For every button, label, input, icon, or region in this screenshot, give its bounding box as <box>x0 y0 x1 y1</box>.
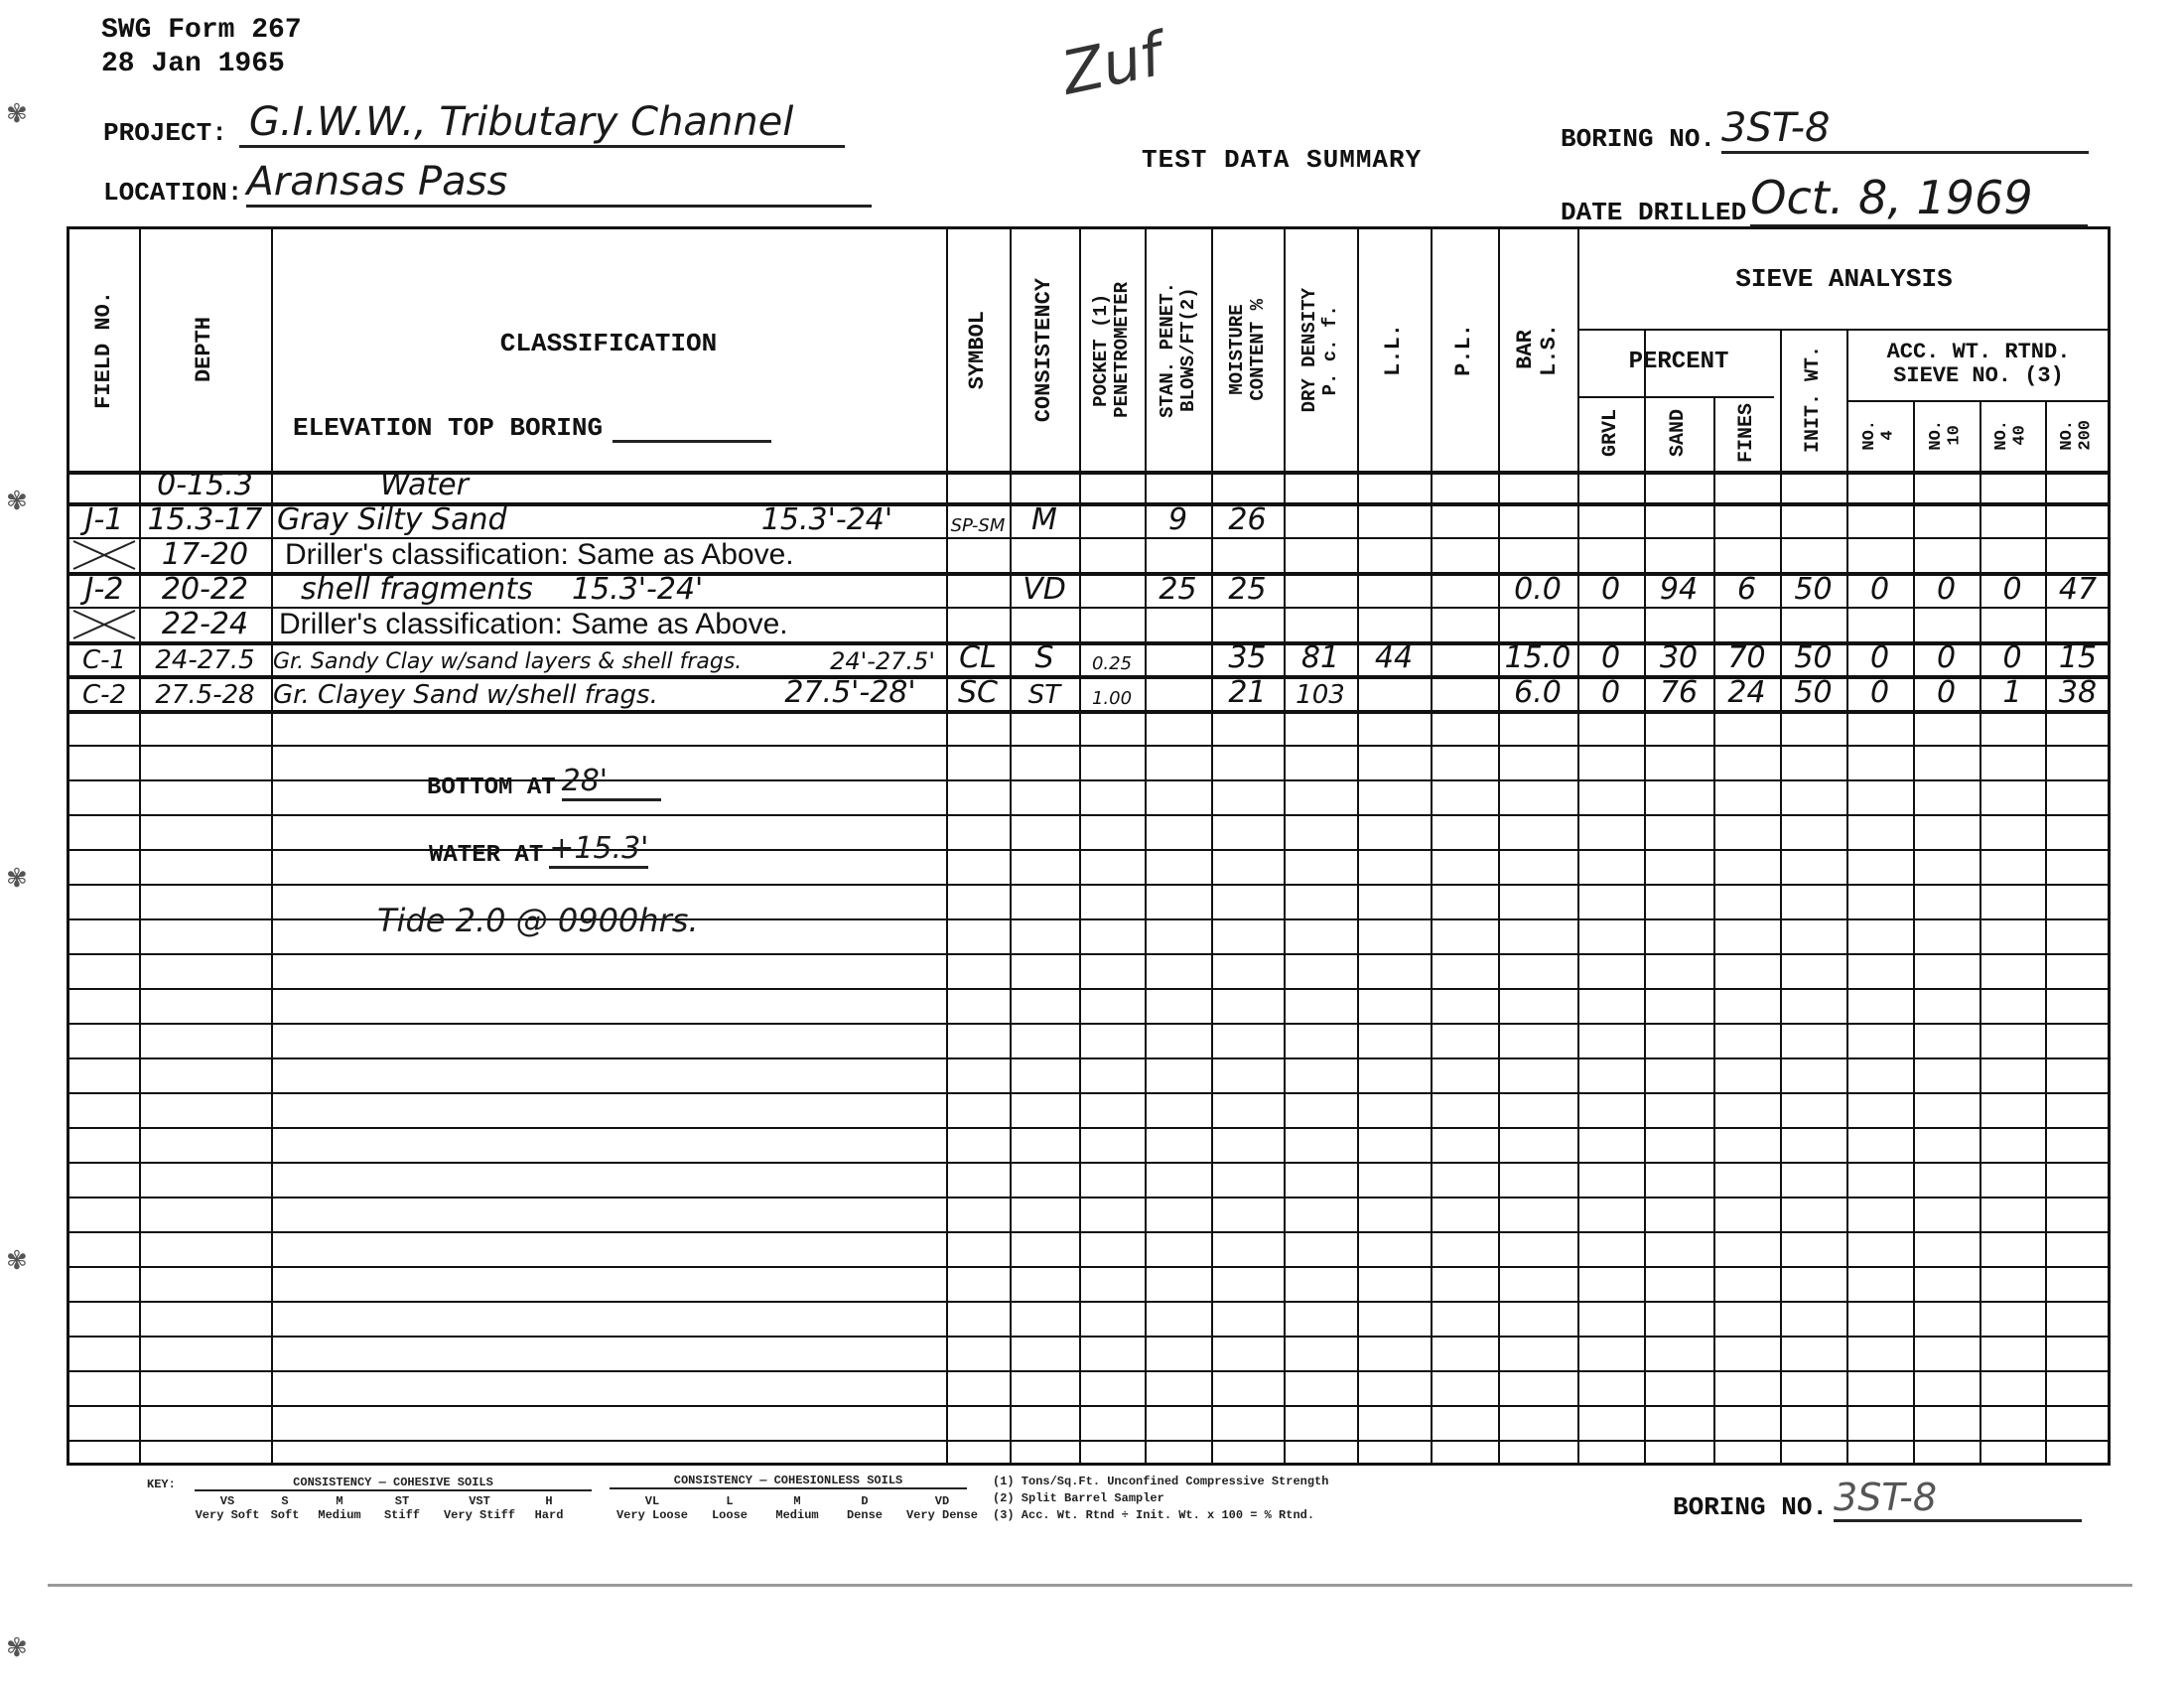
cell-pocket: 0.25 <box>1079 643 1145 675</box>
project-value[interactable]: G.I.W.W., Tributary Channel <box>239 99 845 148</box>
cell-depth: 22-24 <box>139 609 271 641</box>
header-no40: NO. 40 <box>1979 400 2045 471</box>
bottom-at-field: BOTTOM AT 28' <box>427 764 661 801</box>
cell-no4: 0 <box>1846 677 1913 710</box>
cell-depth: 0-15.3 <box>139 473 271 502</box>
col-divider <box>1780 329 1782 1463</box>
cell-consistency: S <box>1010 643 1079 675</box>
header-acc-wt-rtnd: ACC. WT. RTND. SIEVE NO. (3) <box>1846 329 2111 400</box>
binder-hole-mark: ✾ <box>6 864 36 898</box>
cohesionless-key: VLVery Loose LLoose MMedium DDense VDVer… <box>608 1494 987 1522</box>
cell-sand: 94 <box>1644 574 1713 607</box>
cell-no10: 0 <box>1913 574 1979 607</box>
cell-classification: Driller's classification: Same as Above. <box>271 539 946 572</box>
water-at-label: WATER AT <box>429 842 543 869</box>
cell-class-range: 24'-27.5' <box>819 643 946 675</box>
cell-pocket: 1.00 <box>1079 677 1145 710</box>
cell-symbol: SP-SM <box>946 504 1010 537</box>
cell-consistency: ST <box>1010 677 1079 710</box>
binder-hole-mark: ✾ <box>6 1246 36 1280</box>
cell-ll: 44 <box>1357 643 1431 675</box>
cell-init-wt: 50 <box>1780 677 1846 710</box>
location-label: LOCATION: <box>103 178 242 208</box>
cell-sand: 76 <box>1644 677 1713 710</box>
footer-boring-label: BORING NO. <box>1673 1492 1828 1522</box>
cell-moisture: 21 <box>1211 677 1284 710</box>
document-title: TEST DATA SUMMARY <box>1142 145 1422 175</box>
cross-out-mark <box>71 609 137 640</box>
header-no10: NO. 10 <box>1913 400 1979 471</box>
cell-moisture: 26 <box>1211 504 1284 537</box>
cell-grvl: 0 <box>1577 677 1644 710</box>
cell-fines: 24 <box>1713 677 1780 710</box>
cell-no10: 0 <box>1913 643 1979 675</box>
footer-boring-field: BORING NO. 3ST-8 <box>1673 1476 2082 1522</box>
col-divider <box>1979 400 1981 1463</box>
cell-classification: Driller's classification: Same as Above. <box>271 609 946 641</box>
boring-label: BORING NO. <box>1561 124 1715 154</box>
cell-class-range: 15.3'-24' <box>708 504 946 537</box>
project-field: PROJECT: G.I.W.W., Tributary Channel <box>103 99 845 148</box>
date-drilled-field: DATE DRILLED Oct. 8, 1969 <box>1561 171 2088 227</box>
cell-field-no: C-2 <box>69 677 139 710</box>
col-divider <box>1846 329 1848 1463</box>
cell-grvl: 0 <box>1577 574 1644 607</box>
col-divider <box>271 229 273 1463</box>
initials-signature: Zuf <box>1056 20 1168 108</box>
location-value[interactable]: Aransas Pass <box>246 159 872 208</box>
col-divider <box>1644 329 1646 1463</box>
col-divider <box>1913 400 1915 1463</box>
header-moisture-content: MOISTURE CONTENT % <box>1211 229 1284 471</box>
cell-no4: 0 <box>1846 643 1913 675</box>
cell-consistency: VD <box>1010 574 1079 607</box>
footer-boring-value: 3ST-8 <box>1834 1476 2082 1522</box>
cell-symbol: CL <box>946 643 1010 675</box>
header-fines: FINES <box>1713 396 1780 471</box>
project-label: PROJECT: <box>103 118 227 148</box>
elevation-top-boring-field: ELEVATION TOP BORING <box>293 413 771 443</box>
header-sand: SAND <box>1644 396 1713 471</box>
cell-no200: 15 <box>2045 643 2111 675</box>
cell-no10: 0 <box>1913 677 1979 710</box>
cell-classification: Gray Silty Sand <box>271 504 708 537</box>
cell-bar-ls: 15.0 <box>1498 643 1577 675</box>
key-label: KEY: <box>147 1478 176 1491</box>
cell-stan: 25 <box>1145 574 1211 607</box>
water-at-value: +15.3' <box>549 831 648 869</box>
cell-classification: Water <box>271 473 946 502</box>
cell-field-no: J-1 <box>69 504 139 537</box>
cell-class-range: 15.3'-24' <box>566 574 864 607</box>
test-data-table: FIELD NO. DEPTH CLASSIFICATION ELEVATION… <box>67 226 2111 1466</box>
header-bar-ls: BAR L.S. <box>1498 229 1577 471</box>
form-id-block: SWG Form 267 28 Jan 1965 <box>101 14 302 81</box>
cell-no4: 0 <box>1846 574 1913 607</box>
cell-grvl: 0 <box>1577 643 1644 675</box>
cell-depth: 20-22 <box>139 574 271 607</box>
cell-consistency: M <box>1010 504 1079 537</box>
header-pocket-penetrometer: POCKET (1) PENETROMETER <box>1079 229 1145 471</box>
cell-classification: Gr. Sandy Clay w/sand layers & shell fra… <box>271 643 827 675</box>
header-no200: NO. 200 <box>2045 400 2111 471</box>
header-field-no: FIELD NO. <box>69 229 139 471</box>
cell-class-range: 27.5'-28' <box>754 677 946 710</box>
header-pl: P.L. <box>1431 229 1498 471</box>
header-classification: CLASSIFICATION <box>271 319 946 368</box>
cell-init-wt: 50 <box>1780 574 1846 607</box>
elevation-value[interactable] <box>613 418 771 443</box>
footnote-2: (2) Split Barrel Sampler <box>993 1490 1328 1507</box>
header-consistency: CONSISTENCY <box>1010 229 1079 471</box>
header-grvl: GRVL <box>1577 396 1644 471</box>
cell-classification: Gr. Clayey Sand w/shell frags. <box>271 677 708 710</box>
cell-no200: 38 <box>2045 677 2111 710</box>
cell-depth: 15.3-17 <box>139 504 271 537</box>
col-divider <box>2045 400 2047 1463</box>
cohesionless-title: CONSISTENCY — COHESIONLESS SOILS <box>610 1474 967 1489</box>
location-field: LOCATION: Aransas Pass <box>103 159 872 208</box>
footnote-3: (3) Acc. Wt. Rtnd ÷ Init. Wt. x 100 = % … <box>993 1507 1328 1524</box>
binder-hole-mark: ✾ <box>6 99 36 133</box>
form-number: SWG Form 267 <box>101 14 302 48</box>
cell-no200: 47 <box>2045 574 2111 607</box>
elevation-label: ELEVATION TOP BORING <box>293 413 603 443</box>
cell-sand: 30 <box>1644 643 1713 675</box>
form-date: 28 Jan 1965 <box>101 48 302 81</box>
binder-hole-mark: ✾ <box>6 1633 36 1667</box>
header-symbol: SYMBOL <box>946 229 1010 471</box>
cell-moisture: 35 <box>1211 643 1284 675</box>
footnotes: (1) Tons/Sq.Ft. Unconfined Compressive S… <box>993 1474 1328 1524</box>
cell-moisture: 25 <box>1211 574 1284 607</box>
date-drilled-label: DATE DRILLED <box>1561 198 1746 227</box>
sheet-bottom-edge <box>48 1584 2132 1587</box>
header-dry-density: DRY DENSITY P. c. f. <box>1284 229 1357 471</box>
cell-dry-density: 81 <box>1284 643 1357 675</box>
binder-hole-mark: ✾ <box>6 487 36 520</box>
cell-no40: 1 <box>1979 677 2045 710</box>
cohesive-key: VSVery Soft SSoft MMedium STStiff VSTVer… <box>195 1494 574 1522</box>
water-at-field: WATER AT +15.3' <box>429 831 648 869</box>
cell-field-no: J-2 <box>69 574 139 607</box>
header-init-wt: INIT. WT. <box>1780 329 1846 471</box>
header-sieve-analysis: SIEVE ANALYSIS <box>1577 229 2111 329</box>
boring-value[interactable]: 3ST-8 <box>1721 105 2089 154</box>
header-percent: PERCENT <box>1577 329 1780 396</box>
cell-depth: 24-27.5 <box>139 643 271 675</box>
cross-out-mark <box>71 539 137 571</box>
footnote-1: (1) Tons/Sq.Ft. Unconfined Compressive S… <box>993 1474 1328 1490</box>
header-depth: DEPTH <box>139 229 271 471</box>
header-ll: L.L. <box>1357 229 1431 471</box>
cell-bar-ls: 6.0 <box>1498 677 1577 710</box>
cell-classification: shell fragments <box>271 574 569 607</box>
cell-fines: 6 <box>1713 574 1780 607</box>
cell-stan: 9 <box>1145 504 1211 537</box>
cell-no40: 0 <box>1979 574 2045 607</box>
bottom-at-label: BOTTOM AT <box>427 775 556 801</box>
bottom-at-value: 28' <box>562 764 661 801</box>
tide-note: Tide 2.0 @ 0900hrs. <box>377 902 699 939</box>
boring-field: BORING NO. 3ST-8 <box>1561 105 2089 154</box>
cell-depth: 27.5-28 <box>139 677 271 710</box>
header-stan-penet: STAN. PENET. BLOWS/FT(2) <box>1145 229 1211 471</box>
cell-field-no: C-1 <box>69 643 139 675</box>
date-drilled-value[interactable]: Oct. 8, 1969 <box>1750 171 2088 227</box>
cell-init-wt: 50 <box>1780 643 1846 675</box>
cell-dry-density: 103 <box>1284 677 1357 710</box>
cohesive-title: CONSISTENCY — COHESIVE SOILS <box>195 1476 592 1491</box>
header-no4: NO. 4 <box>1846 400 1913 471</box>
cell-no40: 0 <box>1979 643 2045 675</box>
cell-bar-ls: 0.0 <box>1498 574 1577 607</box>
cell-fines: 70 <box>1713 643 1780 675</box>
cell-symbol: SC <box>946 677 1010 710</box>
cell-depth: 17-20 <box>139 539 271 572</box>
